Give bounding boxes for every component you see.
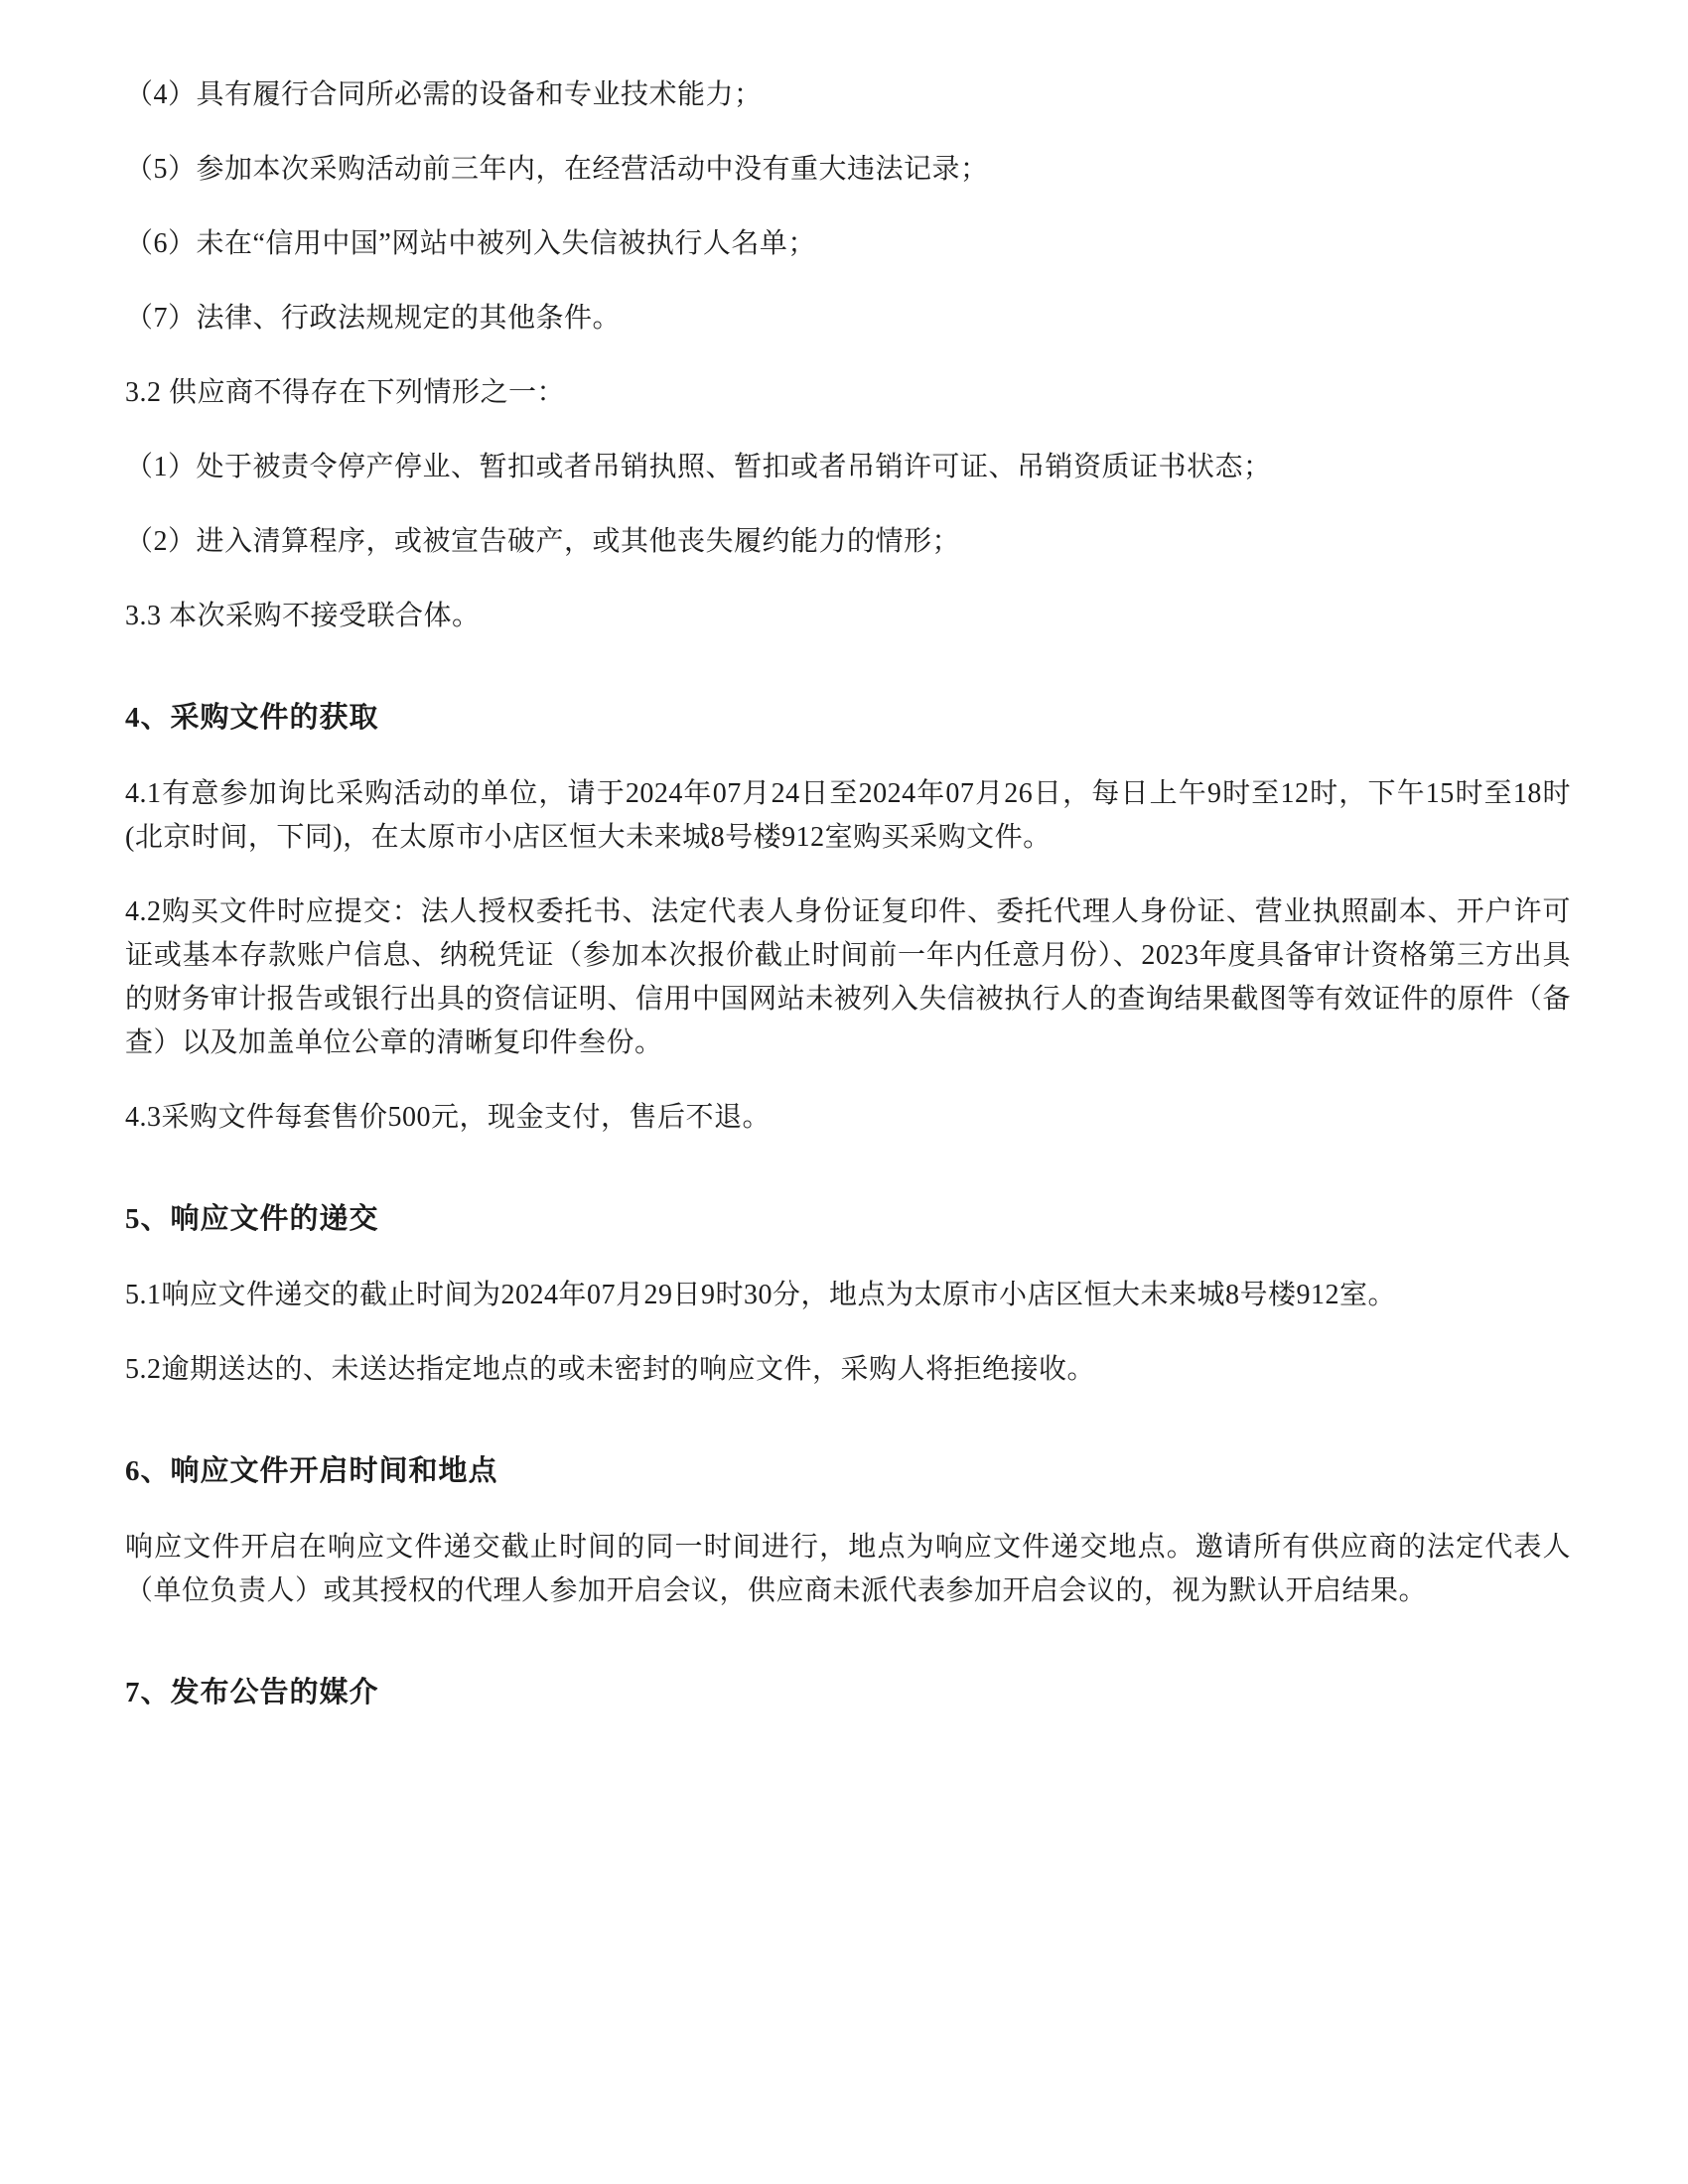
clause-3-2-item-2: （2）进入清算程序，或被宣告破产，或其他丧失履约能力的情形； <box>125 520 1571 564</box>
clause-3-2: 3.2 供应商不得存在下列情形之一： <box>125 371 1571 415</box>
clause-eligibility-6: （6）未在“信用中国”网站中被列入失信被执行人名单； <box>125 222 1571 266</box>
clause-eligibility-4: （4）具有履行合同所必需的设备和专业技术能力； <box>125 73 1571 117</box>
section-heading-4: 4、采购文件的获取 <box>125 696 1571 740</box>
clause-eligibility-7: （7）法律、行政法规规定的其他条件。 <box>125 297 1571 341</box>
section-heading-7: 7、发布公告的媒介 <box>125 1671 1571 1714</box>
clause-5-1: 5.1响应文件递交的截止时间为2024年07月29日9时30分，地点为太原市小店… <box>125 1274 1571 1317</box>
clause-eligibility-5: （5）参加本次采购活动前三年内，在经营活动中没有重大违法记录； <box>125 148 1571 192</box>
clause-4-2: 4.2购买文件时应提交：法人授权委托书、法定代表人身份证复印件、委托代理人身份证… <box>125 890 1571 1065</box>
clause-3-2-item-1: （1）处于被责令停产停业、暂扣或者吊销执照、暂扣或者吊销许可证、吊销资质证书状态… <box>125 446 1571 489</box>
clause-3-3: 3.3 本次采购不接受联合体。 <box>125 595 1571 638</box>
section-heading-5: 5、响应文件的递交 <box>125 1197 1571 1241</box>
clause-4-3: 4.3采购文件每套售价500元，现金支付，售后不退。 <box>125 1096 1571 1140</box>
clause-6-body: 响应文件开启在响应文件递交截止时间的同一时间进行，地点为响应文件递交地点。邀请所… <box>125 1526 1571 1613</box>
clause-4-1: 4.1有意参加询比采购活动的单位，请于2024年07月24日至2024年07月2… <box>125 772 1571 860</box>
clause-5-2: 5.2逾期送达的、未送达指定地点的或未密封的响应文件，采购人将拒绝接收。 <box>125 1348 1571 1392</box>
document-page: （4）具有履行合同所必需的设备和专业技术能力； （5）参加本次采购活动前三年内，… <box>0 0 1688 2184</box>
section-heading-6: 6、响应文件开启时间和地点 <box>125 1449 1571 1493</box>
